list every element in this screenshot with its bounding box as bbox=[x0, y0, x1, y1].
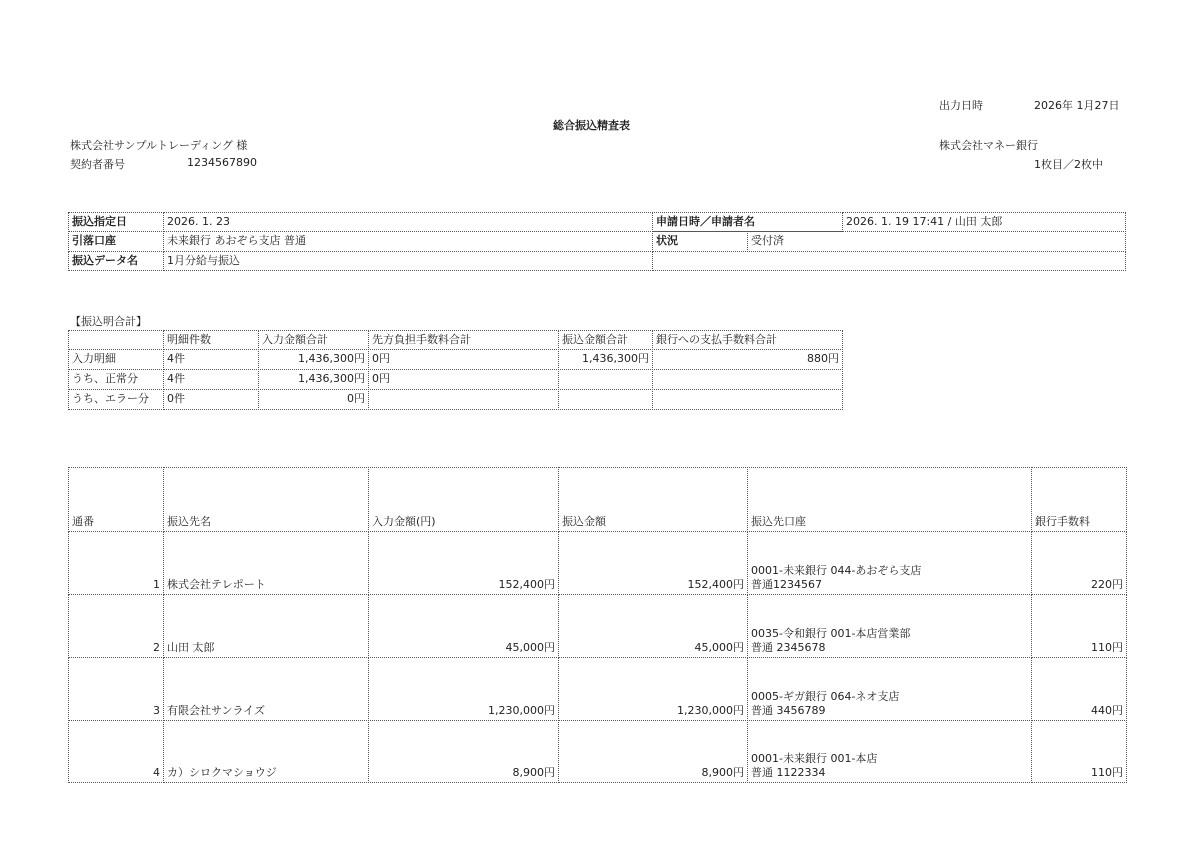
detail-no-cell: 2 bbox=[68, 594, 164, 658]
data-name-label: 振込データ名 bbox=[68, 251, 164, 271]
empty-cell bbox=[652, 251, 1126, 271]
summary-header-cell bbox=[68, 330, 164, 350]
account-number: 普通 2345678 bbox=[751, 641, 1028, 655]
detail-no-cell: 3 bbox=[68, 657, 164, 721]
status-value: 受付済 bbox=[747, 231, 1126, 252]
detail-header-cell: 通番 bbox=[68, 467, 164, 532]
summary-header-cell: 振込金額合計 bbox=[558, 330, 653, 350]
bank-name: 株式会社マネー銀行 bbox=[939, 137, 1038, 153]
detail-payee-cell: カ）シロクマショウジ bbox=[163, 720, 369, 783]
summary-title: 【振込明合計】 bbox=[70, 313, 147, 329]
detail-account-cell: 0035-令和銀行 001-本店営業部普通 2345678 bbox=[747, 594, 1032, 658]
account-bank-branch: 0001-未来銀行 044-あおぞら支店 bbox=[751, 564, 1028, 578]
detail-fee-cell: 110円 bbox=[1031, 594, 1127, 658]
summary-header-cell: 先方負担手数料合計 bbox=[368, 330, 559, 350]
report-title: 総合振込精査表 bbox=[553, 117, 630, 133]
applied-value: 2026. 1. 19 17:41 / 山田 太郎 bbox=[842, 212, 1126, 232]
account-number: 普通 3456789 bbox=[751, 704, 1028, 718]
debit-account-label: 引落口座 bbox=[68, 231, 164, 252]
summary-header-cell: 銀行への支払手数料合計 bbox=[652, 330, 843, 350]
customer-name: 株式会社サンプルトレーディング 様 bbox=[70, 137, 247, 153]
status-label: 状況 bbox=[652, 231, 748, 252]
transfer-date-label: 振込指定日 bbox=[68, 212, 164, 232]
account-bank-branch: 0035-令和銀行 001-本店営業部 bbox=[751, 627, 1028, 641]
detail-input-amount-cell: 8,900円 bbox=[368, 720, 559, 783]
detail-account-cell: 0005-ギガ銀行 064-ネオ支店普通 3456789 bbox=[747, 657, 1032, 721]
detail-account-cell: 0001-未来銀行 001-本店普通 1122334 bbox=[747, 720, 1032, 783]
detail-fee-cell: 440円 bbox=[1031, 657, 1127, 721]
summary-header-cell: 明細件数 bbox=[163, 330, 259, 350]
detail-input-amount-cell: 152,400円 bbox=[368, 531, 559, 595]
summary-cell: 4件 bbox=[163, 369, 259, 390]
detail-header-cell: 銀行手数料 bbox=[1031, 467, 1127, 532]
detail-input-amount-cell: 1,230,000円 bbox=[368, 657, 559, 721]
applied-label: 申請日時／申請者名 bbox=[652, 212, 843, 232]
summary-cell: 0円 bbox=[368, 349, 559, 370]
summary-cell: 1,436,300円 bbox=[558, 349, 653, 370]
detail-no-cell: 4 bbox=[68, 720, 164, 783]
detail-fee-cell: 110円 bbox=[1031, 720, 1127, 783]
detail-payee-cell: 有限会社サンライズ bbox=[163, 657, 369, 721]
detail-payee-cell: 株式会社テレポート bbox=[163, 531, 369, 595]
detail-transfer-amount-cell: 152,400円 bbox=[558, 531, 748, 595]
detail-transfer-amount-cell: 1,230,000円 bbox=[558, 657, 748, 721]
contract-no-label: 契約者番号 bbox=[70, 156, 125, 172]
summary-cell: 0円 bbox=[258, 389, 369, 410]
debit-account-value: 未来銀行 あおぞら支店 普通 bbox=[163, 231, 653, 252]
detail-input-amount-cell: 45,000円 bbox=[368, 594, 559, 658]
account-number: 普通 1122334 bbox=[751, 766, 1028, 780]
summary-cell bbox=[558, 389, 653, 410]
account-number: 普通1234567 bbox=[751, 578, 1028, 592]
summary-cell bbox=[652, 369, 843, 390]
detail-transfer-amount-cell: 8,900円 bbox=[558, 720, 748, 783]
account-bank-branch: 0001-未来銀行 001-本店 bbox=[751, 752, 1028, 766]
summary-cell: うち、正常分 bbox=[68, 369, 164, 390]
transfer-date-value: 2026. 1. 23 bbox=[163, 212, 653, 232]
detail-header-cell: 振込金額 bbox=[558, 467, 748, 532]
detail-header-cell: 入力金額(円) bbox=[368, 467, 559, 532]
detail-transfer-amount-cell: 45,000円 bbox=[558, 594, 748, 658]
summary-cell: 1,436,300円 bbox=[258, 369, 369, 390]
summary-cell: 4件 bbox=[163, 349, 259, 370]
detail-no-cell: 1 bbox=[68, 531, 164, 595]
page-info: 1枚目／2枚中 bbox=[1034, 156, 1103, 172]
summary-cell: 880円 bbox=[652, 349, 843, 370]
detail-payee-cell: 山田 太郎 bbox=[163, 594, 369, 658]
summary-cell bbox=[652, 389, 843, 410]
detail-account-cell: 0001-未来銀行 044-あおぞら支店普通1234567 bbox=[747, 531, 1032, 595]
summary-cell: 0円 bbox=[368, 369, 559, 390]
detail-header-cell: 振込先名 bbox=[163, 467, 369, 532]
summary-cell: 入力明細 bbox=[68, 349, 164, 370]
detail-fee-cell: 220円 bbox=[1031, 531, 1127, 595]
data-name-value: 1月分給与振込 bbox=[163, 251, 653, 271]
summary-header-cell: 入力金額合計 bbox=[258, 330, 369, 350]
summary-cell: 1,436,300円 bbox=[258, 349, 369, 370]
summary-cell: 0件 bbox=[163, 389, 259, 410]
contract-no-value: 1234567890 bbox=[187, 156, 257, 169]
summary-cell: うち、エラー分 bbox=[68, 389, 164, 410]
account-bank-branch: 0005-ギガ銀行 064-ネオ支店 bbox=[751, 690, 1028, 704]
summary-cell bbox=[558, 369, 653, 390]
detail-header-cell: 振込先口座 bbox=[747, 467, 1032, 532]
output-date-value: 2026年 1月27日 bbox=[1034, 97, 1120, 113]
summary-cell bbox=[368, 389, 559, 410]
output-date-label: 出力日時 bbox=[939, 97, 983, 113]
